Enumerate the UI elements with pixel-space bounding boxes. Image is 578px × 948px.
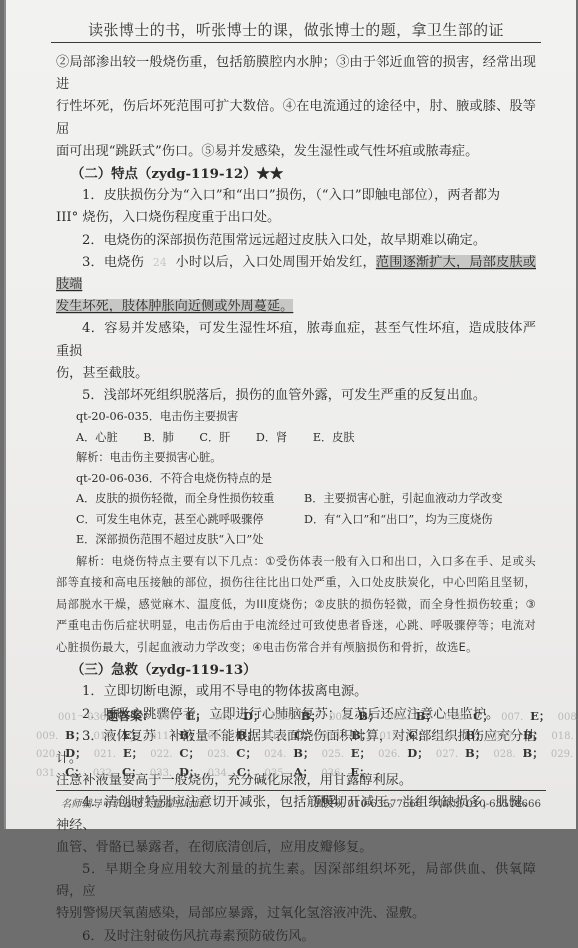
answer-number: 007． [498, 712, 530, 723]
text-line: 5．浅部坏死组织脱落后，损伤的血管外露，可发生严重的反复出血。 [56, 385, 536, 407]
answer-entries: 009．B； 010．E； 011．B； 012．B； 013．C； 014．B… [36, 728, 578, 742]
feature-item-3: 3．电烧伤 24 小时以后，入口处周围开始发红，范围逐渐扩大，局部皮肤或肢端 发… [56, 252, 536, 319]
feature-item-2: 2．电烧伤的深部损伤范围常远远超过皮肤入口处，故早期难以确定。 [56, 230, 536, 252]
text-line: 发生坏死，肢体肿胀向近侧或外周蔓延。 [56, 296, 536, 318]
answer-key-line-4: 031．C； 032．C； 033．D； 034．C； 035．A； 036．E… [36, 764, 536, 783]
text-line: 1．立即切断电源，或用不导电的物体拔离电源。 [56, 681, 536, 703]
answer-number: 009． [36, 731, 65, 742]
text-line: 4．容易并发感染，可发生湿性坏疽，脓毒血症，甚至气性坏疽，造成肢体严重损 [56, 318, 536, 362]
option-b: B．主要损害心脏，引起血液动力学改变 [304, 489, 502, 510]
footer-contact: 面授班 010-63577666 网络班 010-63578666 [314, 795, 541, 810]
answer-number: 021． [91, 749, 123, 760]
feature-item-5: 5．浅部坏死组织脱落后，损伤的血管外露，可发生严重的反复出血。 [56, 385, 536, 407]
highlighted-text: 发生坏死，肢体肿胀向近侧或外周蔓延。 [56, 299, 293, 314]
answer-number: 010． [90, 731, 122, 742]
question-analysis: 解析：电击伤主要损害心脏。 [56, 448, 536, 469]
option-d: D．有“入口”和“出口”，均为三度烧伤 [304, 510, 492, 531]
answer-letter: E； [186, 709, 206, 723]
answer-letter: C； [294, 728, 315, 742]
text-line: ②局部渗出较一般烧伤重，包括筋膜腔内水肿；③由于邻近血管的损害，经常出现进 [56, 52, 536, 96]
answer-number: 031． [36, 768, 65, 779]
answer-number: 012． [204, 731, 236, 742]
answer-key-label: 题答案： [106, 709, 154, 723]
answer-letter: B； [416, 709, 437, 723]
answer-number: 028． [490, 749, 522, 760]
question-stem: qt-20-06-035．电击伤主要损害 [56, 407, 536, 428]
options-row: E．深部损伤范围不超过皮肤“入口”处 [56, 530, 536, 551]
option-e: E．深部损伤范围不超过皮肤“入口”处 [76, 530, 263, 551]
answer-letter: C； [122, 765, 143, 779]
first-aid-item-1: 1．立即切断电源，或用不导电的物体拔离电源。 [56, 681, 536, 703]
answer-letter: E； [123, 728, 143, 742]
answer-number: 015． [376, 731, 408, 742]
answer-number: 022． [147, 749, 179, 760]
answer-letter: C； [236, 746, 257, 760]
text-line: III° 烧伤，入口烧伤程度重于出口处。 [56, 207, 536, 229]
answer-range: 001～036 [58, 712, 106, 723]
answer-letter: D； [243, 709, 264, 723]
answer-number: 023． [204, 749, 236, 760]
text-line: 1．皮肤损伤分为“入口”和“出口”损伤，（“入口”即触电部位），两者都为 [56, 185, 536, 207]
answer-key-line-2: 009．B； 010．E； 011．B； 012．B； 013．C； 014．B… [36, 727, 536, 746]
answer-letter: B； [465, 746, 486, 760]
answer-entries: 020．D； 021．E； 022．C； 023．C； 024．B； 025．E… [36, 746, 578, 760]
footer-tagline: 名师辅导可节省您大量看书时间 [61, 795, 204, 810]
intro-paragraph: ②局部渗出较一般烧伤重，包括筋膜腔内水肿；③由于邻近血管的损害，经常出现进 行性… [56, 52, 536, 163]
answer-number: 005． [383, 712, 415, 723]
text-line: 行性坏死，伤后坏死范围可扩大数倍。④在电流通过的途径中，肘、腋或膝、股等屈 [56, 96, 536, 140]
answer-letter: E； [351, 746, 371, 760]
answer-letter: C； [65, 765, 86, 779]
answer-key: 001～036题答案： 001．E； 002．D； 003．B； 004．B； … [36, 708, 536, 782]
page-footer: 名师辅导可节省您大量看书时间 662 面授班 010-63577666 网络班 … [56, 790, 546, 794]
answer-letter: C； [179, 746, 200, 760]
answer-number: 026． [375, 749, 407, 760]
answer-letter: C； [473, 709, 494, 723]
answer-entries: 031．C； 032．C； 033．D； 034．C； 035．A； 036．E… [36, 765, 375, 779]
answer-letter: B； [523, 746, 544, 760]
answer-number: 036． [318, 768, 350, 779]
question-options: A．心脏 B．肺 C．肝 D．肾 E．皮肤 [56, 428, 536, 449]
answer-number: 004． [326, 712, 358, 723]
answer-letter: D； [65, 746, 86, 760]
answer-entries: 001．E； 002．D； 003．B； 004．B； 005．B； 006．C… [154, 709, 578, 723]
answer-number: 034． [204, 768, 236, 779]
answer-letter: B； [65, 728, 86, 742]
answer-letter: E； [530, 709, 550, 723]
answer-number: 014． [319, 731, 351, 742]
answer-number: 029． [548, 749, 578, 760]
document-page: 读张博士的书，听张博士的课，做张博士的题，拿卫生部的证 ②局部渗出较一般烧伤重，… [4, 0, 576, 829]
section-heading-first-aid: （三）急救（zydg-119-13） [56, 659, 536, 681]
answer-letter: B； [523, 728, 544, 742]
text-line: 面可出现“跳跃式”伤口。⑤易并发感染，发生湿性或气性坏疽或脓毒症。 [56, 141, 536, 163]
header-slogan: 读张博士的书，听张博士的课，做张博士的题，拿卫生部的证 [88, 19, 504, 40]
answer-letter: C； [409, 728, 430, 742]
option-c: C．可发生电休克，甚至心跳呼吸骤停 [76, 510, 304, 531]
answer-number: 013． [262, 731, 294, 742]
answer-letter: D； [407, 746, 428, 760]
question-036: qt-20-06-036．不符合电烧伤特点的是 A．皮肤的损伤轻微，而全身性损伤… [56, 469, 536, 659]
section-heading-features: （二）特点（zydg-119-12）★★ [56, 163, 536, 185]
answer-letter: E； [123, 746, 143, 760]
answer-letter: B； [301, 709, 322, 723]
answer-letter: B； [351, 728, 372, 742]
answer-number: 011． [147, 731, 179, 742]
answer-number: 033． [147, 768, 179, 779]
option-a: A．心脏 [76, 431, 118, 444]
answer-number: 027． [433, 749, 465, 760]
question-035: qt-20-06-035．电击伤主要损害 A．心脏 B．肺 C．肝 D．肾 E．… [56, 407, 536, 469]
answer-number: 006． [441, 712, 473, 723]
text-line: 伤，甚至截肢。 [56, 363, 536, 385]
question-analysis: 解析：电烧伤特点主要有以下几点：①受伤体表一般有入口和出口，入口多在手、足或头部… [56, 551, 536, 659]
text-span: 小时以后，入口处周围开始发红， [175, 255, 375, 270]
answer-key-line-1: 001～036题答案： 001．E； 002．D； 003．B； 004．B； … [36, 708, 536, 727]
option-b: B．肺 [143, 431, 174, 444]
answer-number: 008． [554, 712, 578, 723]
answer-letter: A； [294, 765, 314, 779]
options-row: A．皮肤的损伤轻微，而全身性损伤较重 B．主要损害心脏，引起血液动力学改变 [56, 489, 536, 510]
answer-letter: D； [179, 765, 200, 779]
options-row: C．可发生电休克，甚至心跳呼吸骤停 D．有“入口”和“出口”，均为三度烧伤 [56, 510, 536, 531]
running-header: 读张博士的书，听张博士的课，做张博士的题，拿卫生部的证 [51, 10, 541, 43]
answer-number: 017． [491, 731, 523, 742]
answer-letter: B； [179, 728, 200, 742]
answer-number: 025． [318, 749, 350, 760]
faint-number: 24 [153, 256, 167, 269]
answer-key-line-3: 020．D； 021．E； 022．C； 023．C； 024．B； 025．E… [36, 745, 536, 764]
option-a: A．皮肤的损伤轻微，而全身性损伤较重 [76, 489, 304, 510]
answer-number: 002． [211, 712, 243, 723]
text-line: 2．电烧伤的深部损伤范围常远远超过皮肤入口处，故早期难以确定。 [56, 230, 536, 252]
answer-number: 018． [548, 731, 578, 742]
answer-letter: B； [237, 728, 258, 742]
answer-number: 020． [36, 749, 65, 760]
answer-number: 016． [433, 731, 465, 742]
answer-letter: B； [358, 709, 379, 723]
answer-number: 032． [90, 768, 122, 779]
question-stem: qt-20-06-036．不符合电烧伤特点的是 [56, 469, 536, 490]
answer-letter: C； [237, 765, 258, 779]
answer-number: 035． [261, 768, 293, 779]
answer-letter: B； [465, 728, 486, 742]
text-line: 3．电烧伤 24 小时以后，入口处周围开始发红，范围逐渐扩大，局部皮肤或肢端 [56, 252, 536, 296]
option-e: E．皮肤 [313, 431, 355, 444]
option-d: D．肾 [256, 431, 287, 444]
answer-number: 001． [154, 712, 186, 723]
text-span: 3．电烧伤 [82, 255, 144, 270]
feature-item-1: 1．皮肤损伤分为“入口”和“出口”损伤，（“入口”即触电部位），两者都为 III… [56, 185, 536, 229]
option-c: C．肝 [199, 431, 230, 444]
answer-number: 024． [261, 749, 293, 760]
feature-item-4: 4．容易并发感染，可发生湿性坏疽，脓毒血症，甚至气性坏疽，造成肢体严重损 伤，甚… [56, 318, 536, 385]
answer-letter: E； [350, 765, 370, 779]
answer-number: 003． [268, 712, 300, 723]
answer-letter: B； [293, 746, 314, 760]
